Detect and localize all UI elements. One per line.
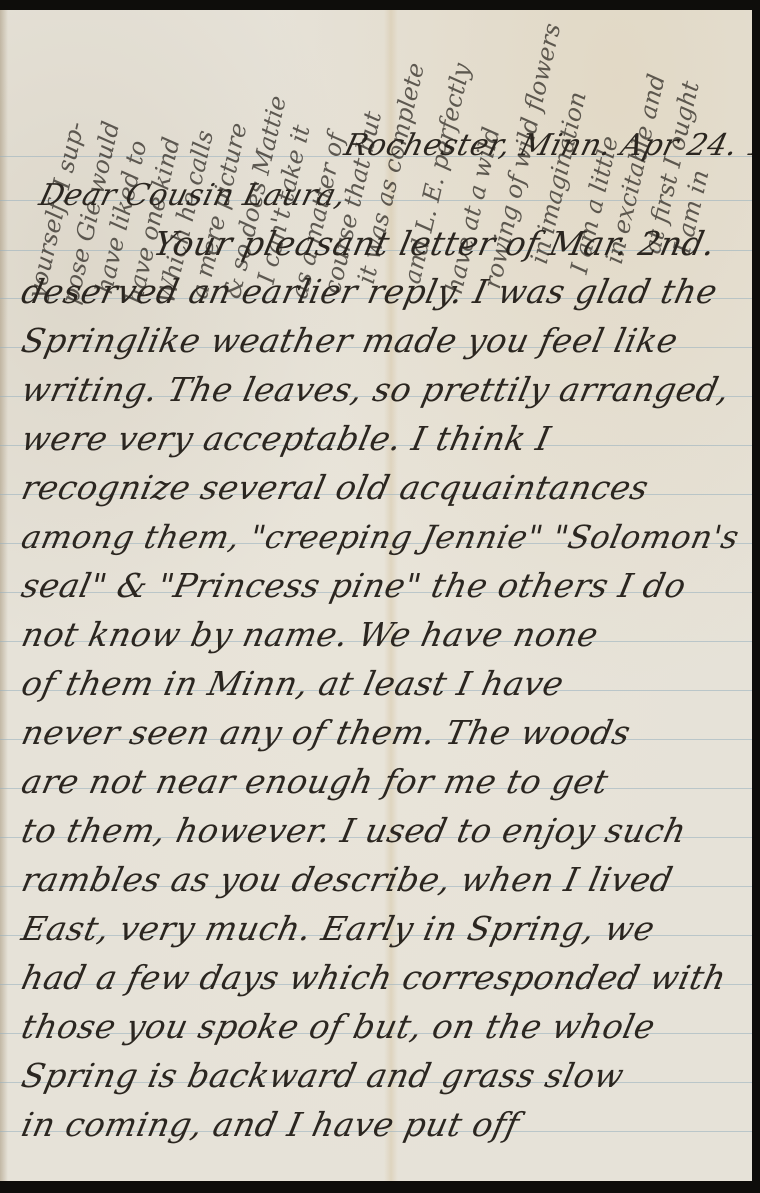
letter-line: were very acceptable. I think I [18,419,554,459]
letter-line: those you spoke of but, on the whole [18,1007,659,1047]
letter-line: never seen any of them. The woods [18,713,634,753]
letter-line: are not near enough for me to get [18,762,612,802]
scan-border-right [752,0,760,1193]
place-date: Rochester, Minn. Apr 24. 1871 [341,128,752,163]
letter-line: writing. The leaves, so prettily arrange… [18,370,733,410]
scan-border-bottom [0,1181,760,1193]
letter-line: rambles as you describe, when I lived [18,860,676,900]
letter-line: in coming, and I have put off [18,1105,523,1145]
letter-line: Spring is backward and grass slow [18,1056,628,1096]
salutation: Dear Cousin Laura, [36,178,350,213]
scan-border-top [0,0,760,10]
letter-line: Springlike weather made you feel like [18,321,682,361]
letter-line: Your pleasant letter of Mar. 2nd. [150,224,719,264]
letter-line: East, very much. Early in Spring, we [18,909,659,949]
letter-line: deserved an earlier reply. I was glad th… [18,272,721,312]
letter-line: had a few days which corresponded with [18,958,730,998]
letter-line: seal" & "Princess pine" the others I do [18,566,690,606]
letter-line: of them in Minn, at least I have [18,664,568,704]
letter-sheet: yourself. I sup- pose Gie would have lik… [0,10,752,1181]
paper-edge-shadow [0,10,8,1181]
letter-line: recognize several old acquaintances [18,468,652,508]
letter-line: among them, "creeping Jennie" "Solomon's [18,517,743,557]
letter-line: to them, however. I used to enjoy such [18,811,690,851]
letter-line: not know by name. We have none [18,615,602,655]
